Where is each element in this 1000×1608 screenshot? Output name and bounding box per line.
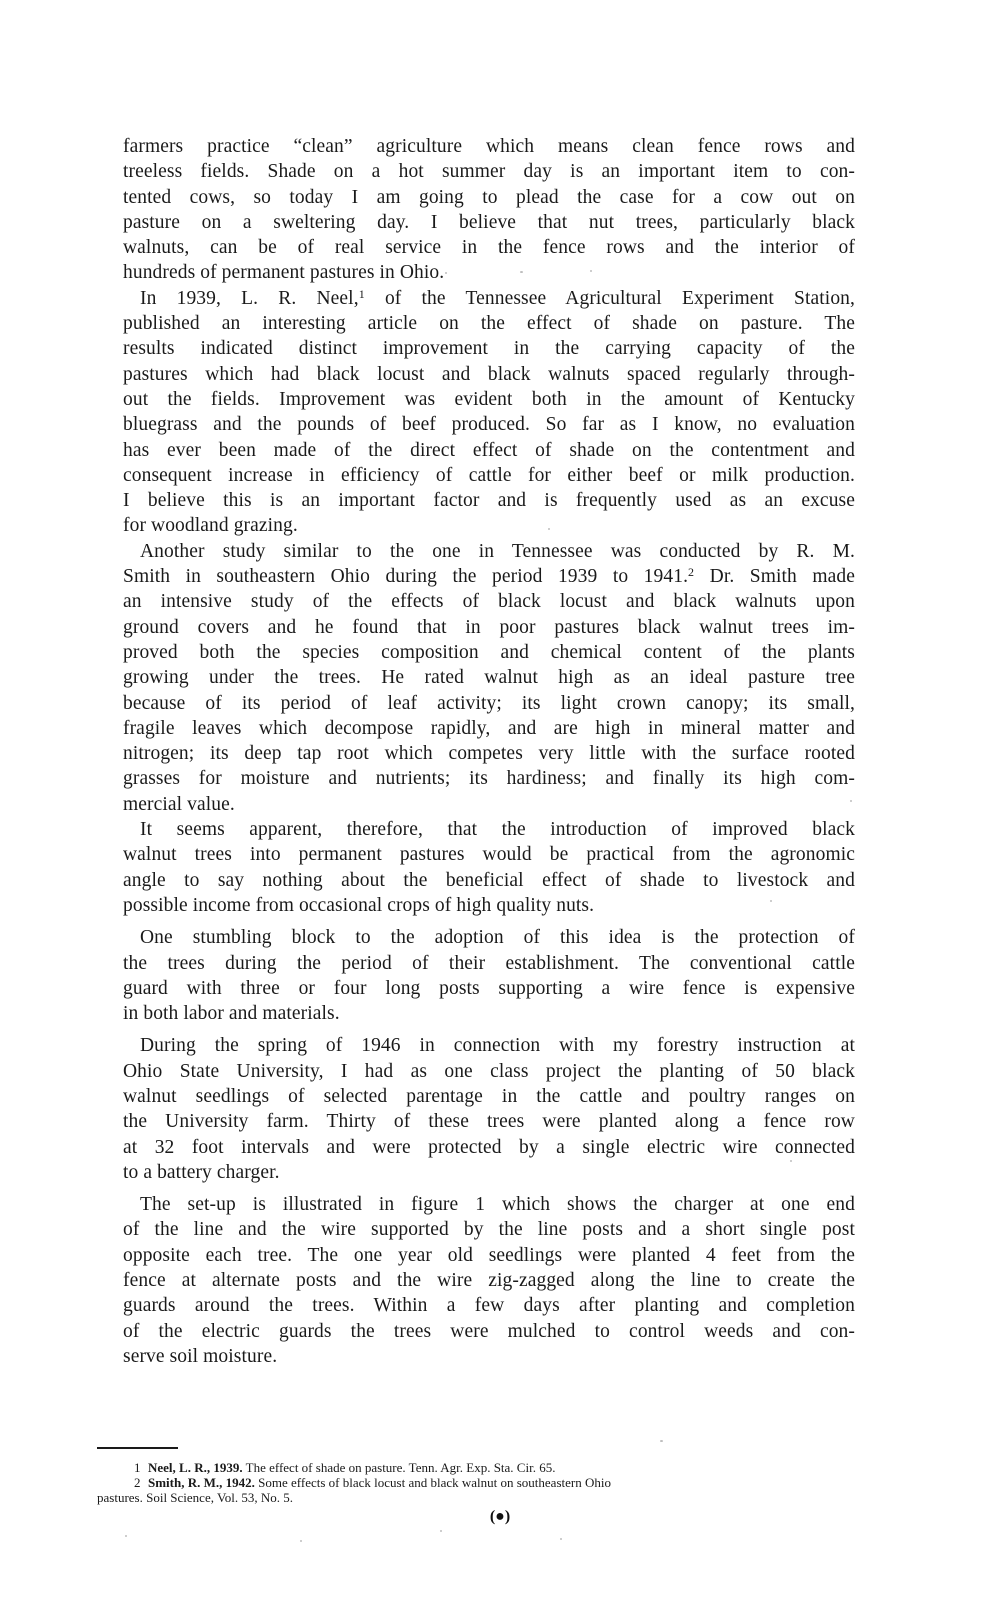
text-line: The set-up is illustrated in figure 1 wh… — [123, 1192, 855, 1217]
footnote-separator — [97, 1447, 178, 1449]
footnote-author: Neel, L. R., 1939. — [148, 1460, 243, 1475]
text-line: Ohio State University, I had as one clas… — [123, 1059, 855, 1084]
text-line: to a battery charger. — [123, 1160, 855, 1185]
footnote-2: 2Smith, R. M., 1942. Some effects of bla… — [97, 1475, 857, 1490]
text-line: at 32 foot intervals and were protected … — [123, 1135, 855, 1160]
footnote-text: The effect of shade on pasture. Tenn. Ag… — [243, 1460, 556, 1475]
text-line: the University farm. Thirty of these tre… — [123, 1109, 855, 1134]
paragraph-gap — [123, 1026, 855, 1033]
text-line: possible income from occasional crops of… — [123, 893, 855, 918]
text-line: because of its period of leaf activity; … — [123, 691, 855, 716]
text-line: pasture on a sweltering day. I believe t… — [123, 210, 855, 235]
text-line: serve soil moisture. — [123, 1344, 855, 1369]
text-line: has ever been made of the direct effect … — [123, 438, 855, 463]
text-line: During the spring of 1946 in connection … — [123, 1033, 855, 1058]
text-line: of the electric guards the trees were mu… — [123, 1319, 855, 1344]
footnote-1: 1Neel, L. R., 1939. The effect of shade … — [97, 1460, 857, 1475]
text-line: an intensive study of the effects of bla… — [123, 589, 855, 614]
text-line: pastures which had black locust and blac… — [123, 362, 855, 387]
paragraph-gap — [123, 1185, 855, 1192]
text-line: Smith in southeastern Ohio during the pe… — [123, 564, 855, 589]
text-segment: In 1939, L. R. Neel, — [140, 288, 359, 309]
text-line: I believe this is an important factor an… — [123, 488, 855, 513]
text-segment: Smith in southeastern Ohio during the pe… — [123, 566, 688, 587]
text-segment: of the Tennessee Agricultural Experiment… — [365, 288, 855, 309]
footnote-text: Some effects of black locust and black w… — [255, 1475, 611, 1490]
text-line: of the line and the wire supported by th… — [123, 1217, 855, 1242]
paragraph-gap — [123, 918, 855, 925]
footnote-author: Smith, R. M., 1942. — [148, 1475, 255, 1490]
text-line: fence at alternate posts and the wire zi… — [123, 1268, 855, 1293]
text-line: guard with three or four long posts supp… — [123, 976, 855, 1001]
text-line: published an interesting article on the … — [123, 311, 855, 336]
text-line: for woodland grazing. — [123, 513, 855, 538]
text-line: Another study similar to the one in Tenn… — [123, 539, 855, 564]
text-line: out the fields. Improvement was evident … — [123, 387, 855, 412]
text-line: farmers practice “clean” agriculture whi… — [123, 134, 855, 159]
paragraph-5: One stumbling block to the adoption of t… — [123, 925, 855, 1026]
footnote-number: 1 — [97, 1460, 148, 1475]
paragraph-6: During the spring of 1946 in connection … — [123, 1033, 855, 1185]
text-line: in both labor and materials. — [123, 1001, 855, 1026]
text-line: ground covers and he found that in poor … — [123, 615, 855, 640]
footnote-number: 2 — [97, 1475, 148, 1490]
text-line: walnut seedlings of selected parentage i… — [123, 1084, 855, 1109]
paragraph-7: The set-up is illustrated in figure 1 wh… — [123, 1192, 855, 1369]
text-line: One stumbling block to the adoption of t… — [123, 925, 855, 950]
text-line: the trees during the period of their est… — [123, 951, 855, 976]
text-line: tented cows, so today I am going to plea… — [123, 185, 855, 210]
text-line: hundreds of permanent pastures in Ohio. — [123, 260, 855, 285]
text-line: angle to say nothing about the beneficia… — [123, 868, 855, 893]
text-line: walnut trees into permanent pastures wou… — [123, 842, 855, 867]
paragraph-4: It seems apparent, therefore, that the i… — [123, 817, 855, 918]
paragraph-2: In 1939, L. R. Neel,1 of the Tennessee A… — [123, 286, 855, 539]
text-segment: Dr. Smith made — [694, 566, 855, 587]
text-line: growing under the trees. He rated walnut… — [123, 665, 855, 690]
footnote-2-continuation: pastures. Soil Science, Vol. 53, No. 5. — [97, 1490, 857, 1505]
text-line: opposite each tree. The one year old see… — [123, 1243, 855, 1268]
text-line: consequent increase in efficiency of cat… — [123, 463, 855, 488]
text-line: results indicated distinct improvement i… — [123, 336, 855, 361]
text-line: In 1939, L. R. Neel,1 of the Tennessee A… — [123, 286, 855, 311]
page-number: (●) — [470, 1508, 530, 1526]
text-line: It seems apparent, therefore, that the i… — [123, 817, 855, 842]
text-line: guards around the trees. Within a few da… — [123, 1293, 855, 1318]
paragraph-3: Another study similar to the one in Tenn… — [123, 539, 855, 817]
paragraph-1: farmers practice “clean” agriculture whi… — [123, 134, 855, 286]
footnotes: 1Neel, L. R., 1939. The effect of shade … — [97, 1460, 857, 1505]
text-line: grasses for moisture and nutrients; its … — [123, 766, 855, 791]
text-line: walnuts, can be of real service in the f… — [123, 235, 855, 260]
text-line: fragile leaves which decompose rapidly, … — [123, 716, 855, 741]
text-line: treeless fields. Shade on a hot summer d… — [123, 159, 855, 184]
text-line: nitrogen; its deep tap root which compet… — [123, 741, 855, 766]
document-body: farmers practice “clean” agriculture whi… — [123, 134, 855, 1369]
text-line: bluegrass and the pounds of beef produce… — [123, 412, 855, 437]
text-line: proved both the species composition and … — [123, 640, 855, 665]
text-line: mercial value. — [123, 792, 855, 817]
